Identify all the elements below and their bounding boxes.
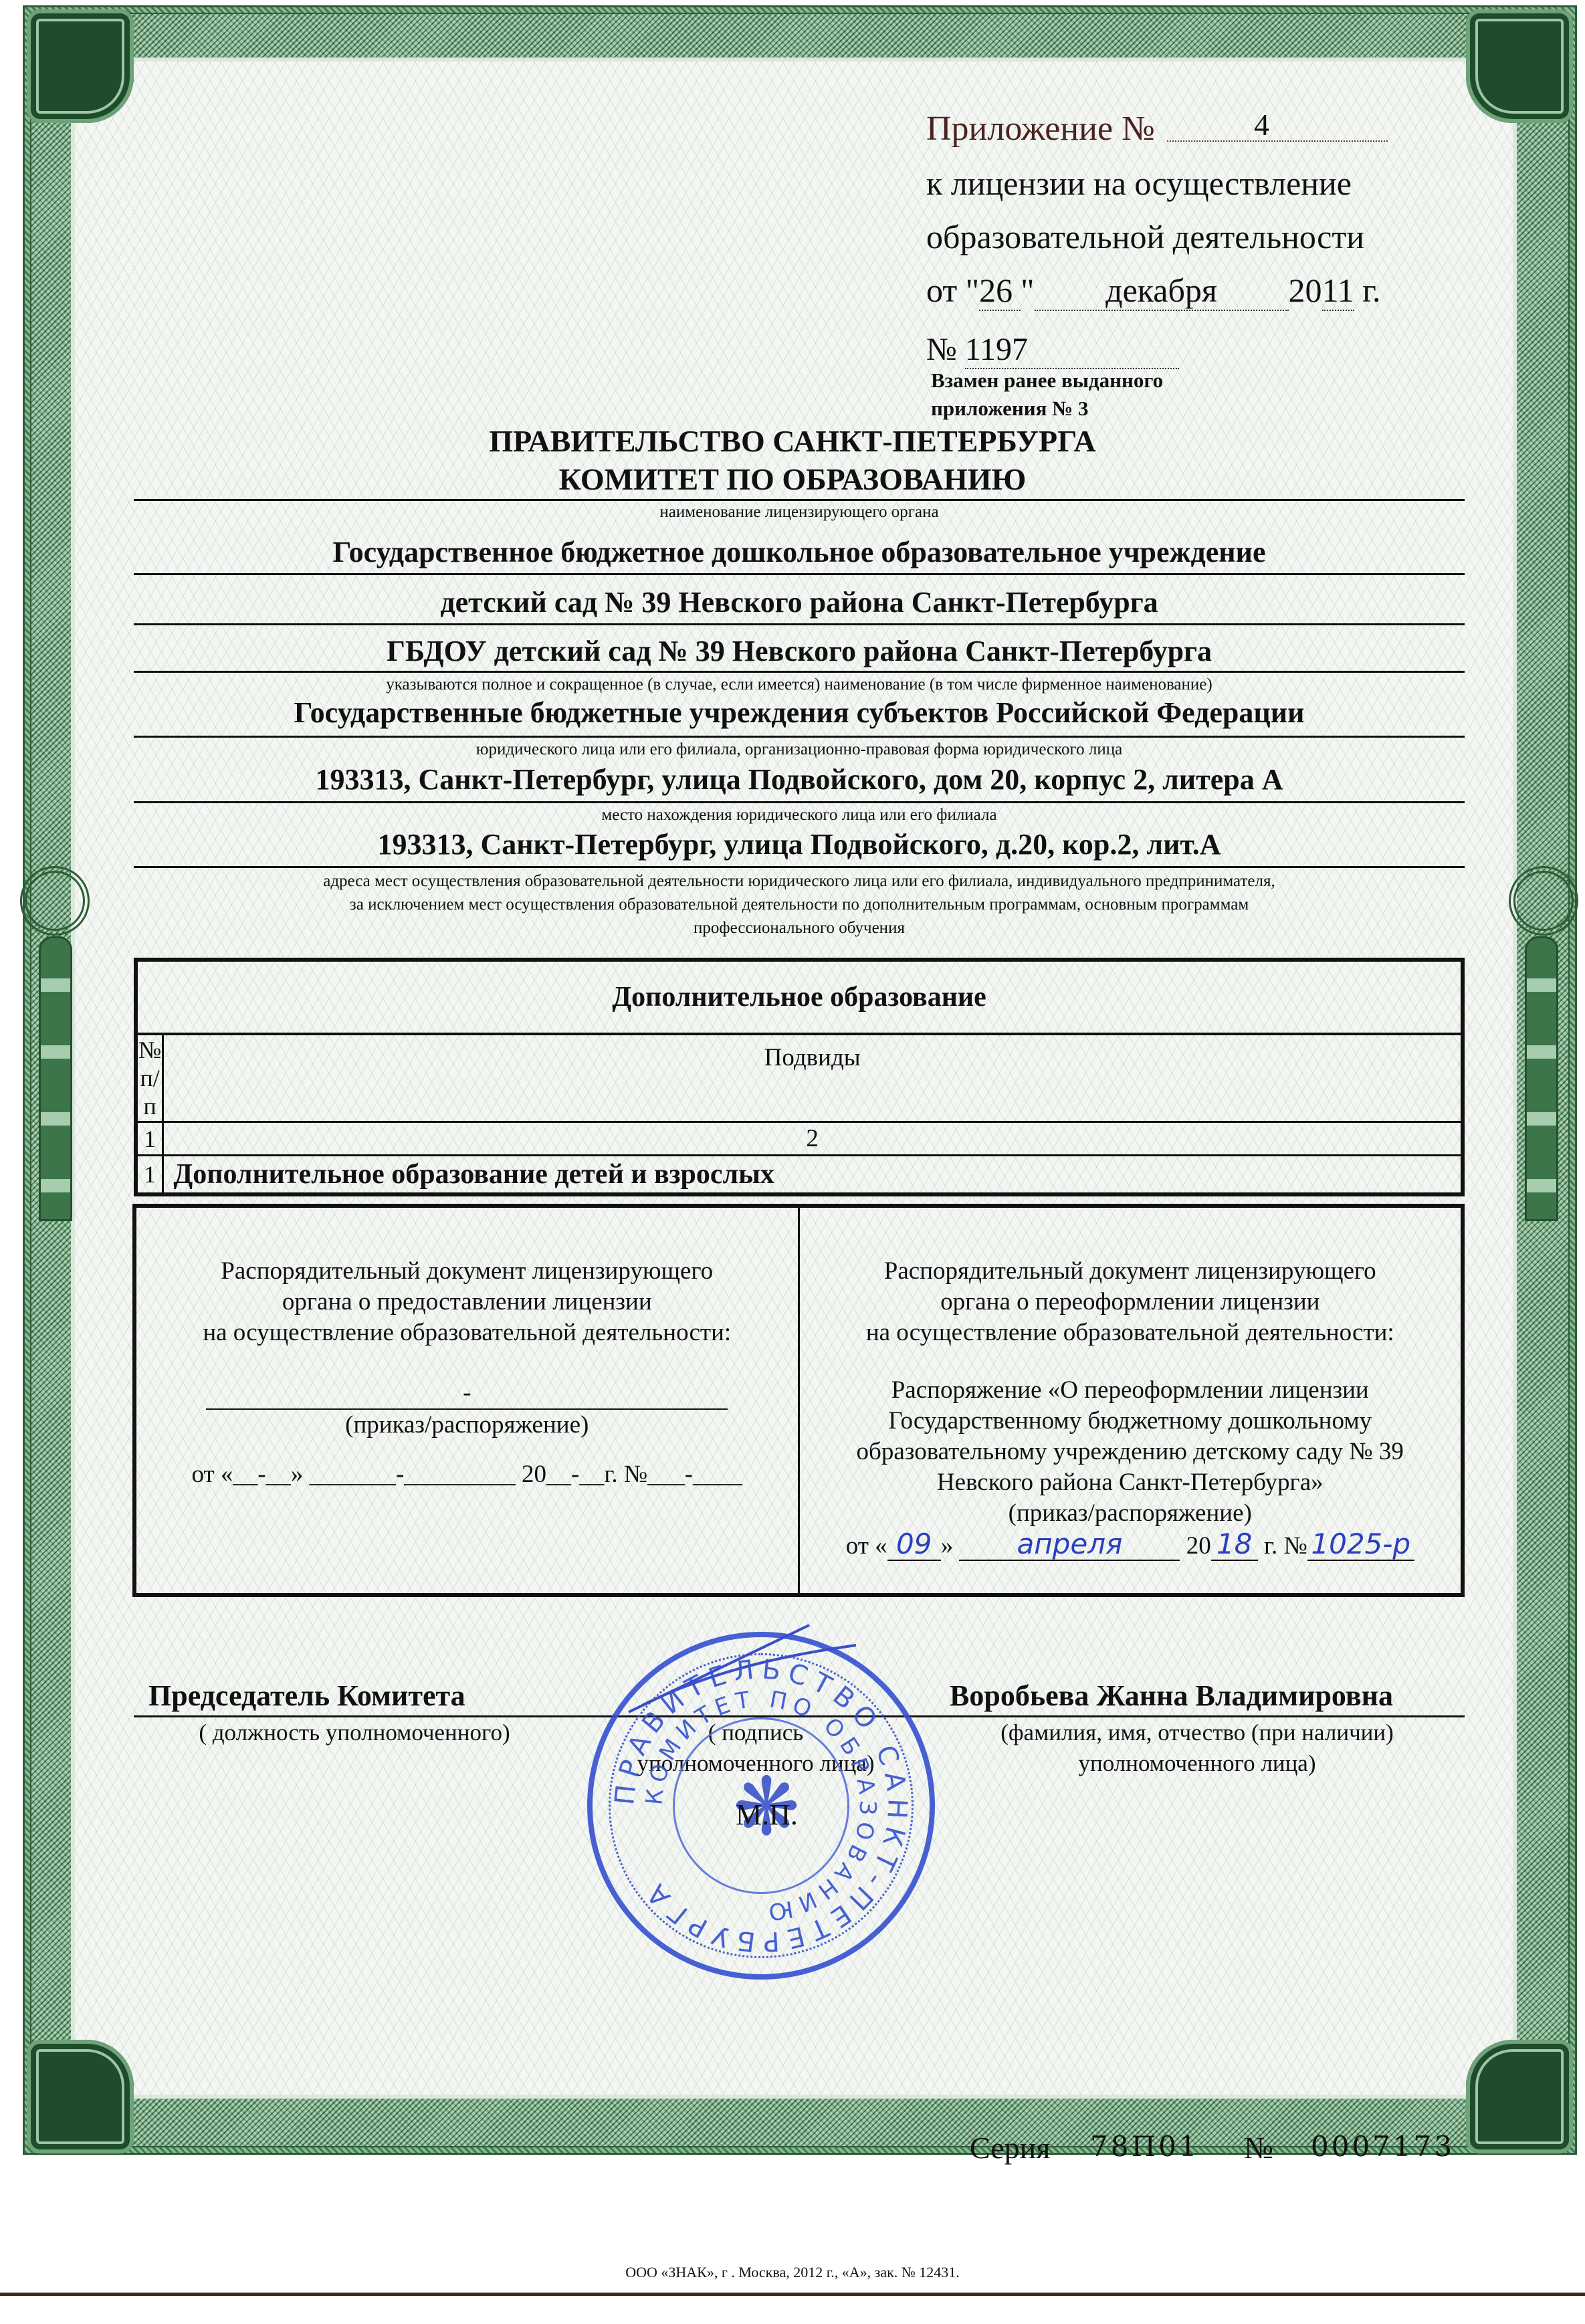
authority-line-2: КОМИТЕТ ПО ОБРАЗОВАНИЮ [0, 461, 1585, 497]
date-prefix: от « [846, 1532, 887, 1560]
caption-line: профессионального обучения [134, 916, 1465, 940]
org-legal-form-caption: юридического лица или его филиала, орган… [134, 740, 1465, 759]
order-grant-heading-3: на осуществление образовательной деятель… [136, 1317, 798, 1348]
name-caption: (фамилия, имя, отчество (при наличии) уп… [936, 1717, 1458, 1779]
side-column-ornament [1525, 936, 1558, 1221]
divider [134, 623, 1465, 625]
order-grant-box: Распорядительный документ лицензирующего… [136, 1208, 798, 1593]
position-caption: ( должность уполномоченного) [154, 1717, 555, 1748]
blank-number: 0007173 [1311, 2130, 1455, 2163]
org-activity-address: 193313, Санкт-Петербург, улица Подвойско… [134, 827, 1465, 861]
org-legal-address-caption: место нахождения юридического лица или е… [134, 806, 1465, 825]
annex-number-underline [1167, 140, 1388, 142]
order-year: 18 [1211, 1529, 1258, 1561]
order-month: апреля [959, 1529, 1180, 1561]
replace-note: Взамен ранее выданного приложения № 3 [931, 366, 1163, 423]
stamp-place-label: М.П. [736, 1798, 798, 1832]
order-reissue-doc-4: Невского района Санкт-Петербурга» [800, 1467, 1461, 1498]
replace-note-line-2: приложения № 3 [931, 395, 1163, 423]
order-reissue-doc-2: Государственному бюджетному дошкольному [800, 1406, 1461, 1437]
order-grant-doc-caption: (приказ/распоряжение) [136, 1410, 798, 1441]
order-reissue-doc-caption: (приказ/распоряжение) [800, 1498, 1461, 1529]
number-label: г. № [1264, 1532, 1307, 1560]
col-subtype-header: Подвиды [163, 1034, 1463, 1122]
corner-ornament-icon [27, 2040, 134, 2153]
divider [134, 573, 1465, 575]
col-no-header-2: п/п [138, 1064, 161, 1120]
handwritten-signature-icon [589, 1612, 869, 1719]
order-grant-heading-1: Распорядительный документ лицензирующего [136, 1256, 798, 1287]
annex-line-2: образовательной деятельности [926, 217, 1364, 256]
order-reissue-heading-2: органа о переоформлении лицензии [800, 1287, 1461, 1317]
order-day: 09 [887, 1529, 941, 1561]
annex-title: Приложение № [926, 109, 1155, 148]
order-reissue-doc-3: образовательному учреждению детскому сад… [800, 1437, 1461, 1467]
blank-number-label: № [1244, 2130, 1273, 2165]
series-value: 78П01 [1090, 2130, 1200, 2163]
col-no-header-1: № [138, 1036, 161, 1064]
order-reissue-box: Распорядительный документ лицензирующего… [798, 1208, 1461, 1593]
page-edge [0, 2293, 1585, 2296]
series-label: Серия [970, 2130, 1050, 2165]
date-quote: " [1021, 272, 1034, 309]
caption-line: за исключением мест осуществления образо… [134, 893, 1465, 916]
date-suffix: г. [1354, 272, 1381, 309]
divider [134, 499, 1465, 501]
authority-line-1: ПРАВИТЕЛЬСТВО САНКТ-ПЕТЕРБУРГА [0, 423, 1585, 459]
order-reissue-heading-1: Распорядительный документ лицензирующего [800, 1256, 1461, 1287]
signatory-position: Председатель Комитета [148, 1679, 465, 1713]
col-index-1: 1 [136, 1122, 163, 1156]
date-mid: » [941, 1532, 954, 1560]
org-full-name-2: детский сад № 39 Невского района Санкт-П… [134, 585, 1465, 619]
license-number-value: 1197 [965, 331, 1179, 369]
divider [134, 671, 1465, 673]
org-activity-address-caption: адреса мест осуществления образовательно… [134, 869, 1465, 940]
annex-line-1: к лицензии на осуществление [926, 164, 1352, 203]
order-reissue-doc-1: Распоряжение «О переоформлении лицензии [800, 1375, 1461, 1406]
org-legal-form: Государственные бюджетные учреждения суб… [134, 696, 1465, 730]
name-caption-1: (фамилия, имя, отчество (при наличии) [936, 1717, 1458, 1748]
org-short-name: ГБДОУ детский сад № 39 Невского района С… [134, 634, 1465, 668]
annex-number: 4 [1254, 107, 1269, 142]
order-grant-heading-2: органа о предоставлении лицензии [136, 1287, 798, 1317]
side-column-ornament [39, 936, 72, 1221]
order-grant-doc: - [206, 1378, 728, 1410]
corner-ornament-icon [1466, 9, 1573, 123]
divider [134, 736, 1465, 738]
order-number: 1025-р [1307, 1529, 1414, 1561]
replace-note-line-1: Взамен ранее выданного [931, 366, 1163, 395]
row-subtype: Дополнительное образование детей и взрос… [163, 1156, 1463, 1194]
col-index-2: 2 [163, 1122, 1463, 1156]
order-reissue-heading-3: на осуществление образовательной деятель… [800, 1317, 1461, 1348]
license-number: № 1197 [926, 331, 1179, 369]
orders-section: Распорядительный документ лицензирующего… [132, 1204, 1465, 1597]
org-full-name-1: Государственное бюджетное дошкольное обр… [134, 535, 1465, 569]
caption-line: адреса мест осуществления образовательно… [134, 869, 1465, 893]
divider [134, 801, 1465, 803]
signatory-name: Воробьева Жанна Владимировна [950, 1679, 1393, 1713]
authority-caption: наименование лицензирующего органа [134, 503, 1465, 522]
name-caption-2: уполномоченного лица) [936, 1748, 1458, 1779]
date-year: 11 [1322, 271, 1354, 311]
col-no-header: № п/п [136, 1034, 163, 1122]
table-row: 1 Дополнительное образование детей и взр… [136, 1156, 1463, 1194]
printer-imprint: ООО «ЗНАК», г . Москва, 2012 г., «А», за… [0, 2264, 1585, 2281]
row-no: 1 [136, 1156, 163, 1194]
license-number-label: № [926, 332, 957, 367]
date-day: 26 [979, 271, 1021, 311]
order-reissue-date: от «09» апреля 2018 г. №1025-р [800, 1529, 1461, 1562]
order-grant-date: от «__-__» _______-_________ 20__-__г. №… [136, 1459, 798, 1490]
date-year-prefix: 20 [1289, 272, 1322, 309]
date-month: декабря [1035, 271, 1289, 311]
activity-table: Дополнительное образование № п/п Подвиды… [134, 958, 1465, 1196]
org-legal-address: 193313, Санкт-Петербург, улица Подвойско… [134, 762, 1465, 797]
divider [134, 866, 1465, 868]
corner-ornament-icon [27, 9, 134, 123]
annex-date: от "26 "декабря2011 г. [926, 271, 1381, 311]
year-prefix: 20 [1186, 1532, 1211, 1560]
org-name-caption: указываются полное и сокращенное (в случ… [134, 675, 1465, 694]
corner-ornament-icon [1466, 2040, 1573, 2153]
table-title: Дополнительное образование [136, 960, 1463, 1034]
date-prefix: от " [926, 272, 979, 309]
